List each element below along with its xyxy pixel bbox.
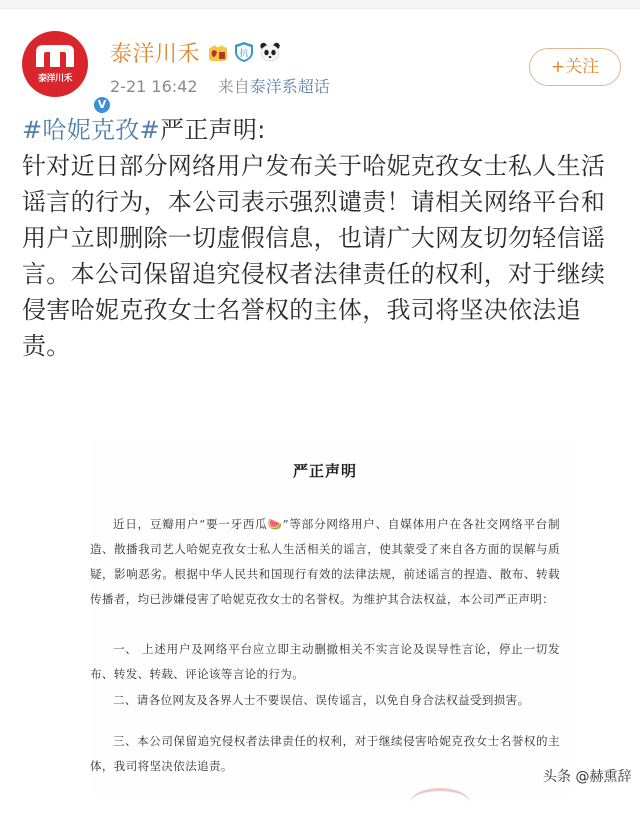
post-header: 泰洋川禾 V 泰洋川禾 抗 2-21 16:42 来自泰洋系超话 bbox=[0, 10, 640, 110]
crown-badge-icon[interactable] bbox=[207, 41, 229, 63]
m-logo-icon bbox=[34, 43, 76, 67]
post-meta: 2-21 16:42 来自泰洋系超话 bbox=[110, 74, 330, 97]
avatar-text: 泰洋川禾 bbox=[22, 71, 88, 84]
post-timestamp: 2-21 16:42 bbox=[110, 77, 198, 96]
badge-row: 抗 bbox=[207, 40, 281, 64]
document-paragraph: 近日，豆瓣用户“要一牙西瓜🍉”等部分网络用户、自媒体用户在各社交网络平台制造、散… bbox=[90, 512, 560, 612]
statement-document-image[interactable]: 严正声明 近日，豆瓣用户“要一牙西瓜🍉”等部分网络用户、自媒体用户在各社交网络平… bbox=[90, 440, 570, 794]
post-text-line: 侵害哈妮克孜女士名誉权的主体，我司将坚决依法追 bbox=[22, 292, 634, 328]
source-link[interactable]: 泰洋系超话 bbox=[250, 77, 330, 96]
shield-badge-icon[interactable]: 抗 bbox=[233, 41, 255, 63]
verified-icon: V bbox=[94, 97, 110, 113]
panda-badge-icon[interactable] bbox=[259, 41, 281, 63]
document-paragraph: 一、 上述用户及网络平台应立即主动删撤相关不实言论及误导性言论，停止一切发布、转… bbox=[90, 637, 560, 687]
document-title: 严正声明 bbox=[90, 460, 560, 481]
author-name[interactable]: 泰洋川禾 bbox=[110, 37, 200, 68]
post-headline: 严正声明: bbox=[160, 116, 266, 144]
post-text-line: 用户立即删除一切虚假信息，也请广大网友切勿轻信谣 bbox=[22, 220, 634, 256]
watermark: 头条 @赫熏辞 bbox=[543, 766, 631, 786]
hashtag-link[interactable]: #哈妮克孜# bbox=[22, 116, 160, 144]
source-prefix: 来自 bbox=[218, 77, 250, 96]
post-text-line: 责。 bbox=[22, 328, 634, 364]
top-bar bbox=[0, 0, 640, 9]
follow-button[interactable]: +关注 bbox=[529, 48, 621, 86]
post-body: #哈妮克孜#严正声明: 针对近日部分网络用户发布关于哈妮克孜女士私人生活 谣言的… bbox=[22, 112, 634, 364]
document-paragraph: 二、请各位网友及各界人士不要误信、误传谣言，以免自身合法权益受到损害。 bbox=[90, 688, 560, 713]
post-text-line: 言。本公司保留追究侵权者法律责任的权利，对于继续 bbox=[22, 256, 634, 292]
post-headline-line: #哈妮克孜#严正声明: bbox=[22, 112, 634, 148]
post-text-line: 谣言的行为，本公司表示强烈谴责！请相关网络平台和 bbox=[22, 184, 634, 220]
svg-text:抗: 抗 bbox=[239, 47, 248, 59]
post-text-line: 针对近日部分网络用户发布关于哈妮克孜女士私人生活 bbox=[22, 148, 634, 184]
author-avatar[interactable]: 泰洋川禾 V bbox=[22, 31, 88, 97]
document-paragraph: 三、本公司保留追究侵权者法律责任的权利，对于继续侵害哈妮克孜女士名誉权的主体，我… bbox=[90, 729, 560, 779]
